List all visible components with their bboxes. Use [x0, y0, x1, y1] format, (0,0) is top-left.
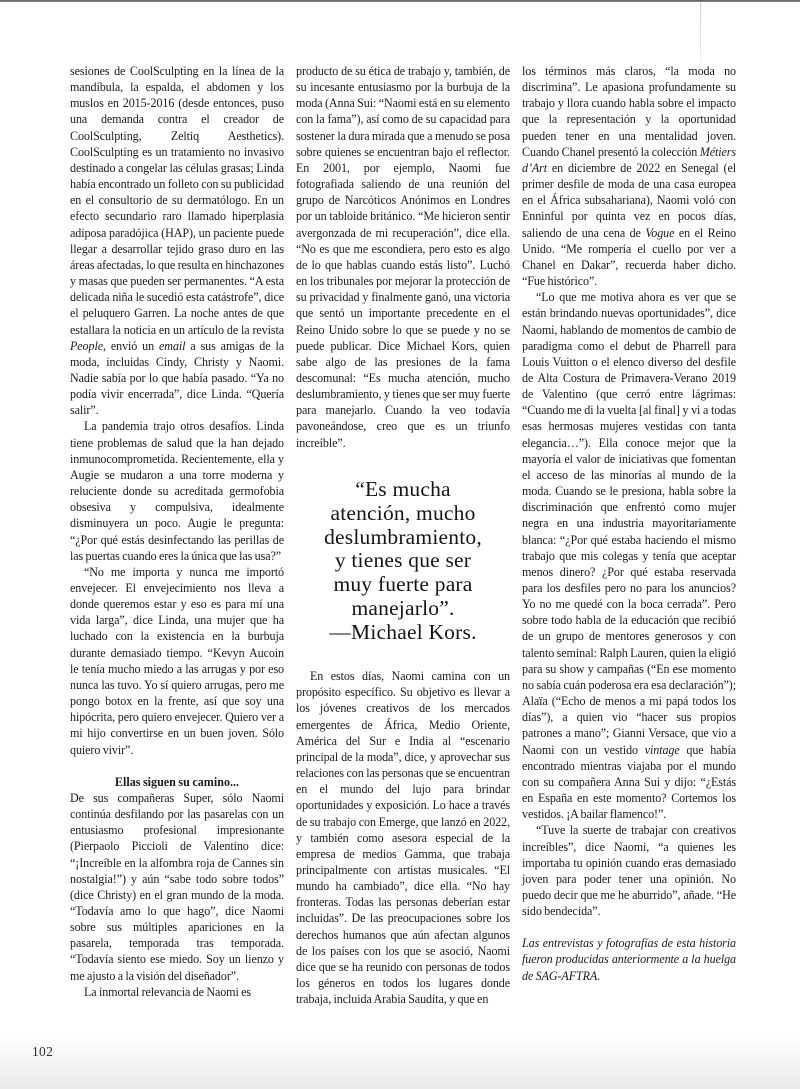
section-heading: Ellas siguen su camino...: [70, 774, 284, 790]
paragraph: De sus compañeras Super, sólo Naomi cont…: [70, 790, 284, 984]
page-number: 102: [32, 1044, 53, 1060]
paragraph: La pandemia trajo otros desafíos. Linda …: [70, 418, 284, 563]
paragraph: “Lo que me motiva ahora es ver que se es…: [522, 289, 736, 822]
paragraph: “Tuve la suerte de trabajar con creativo…: [522, 822, 736, 919]
page-bottom-shadow: [0, 1036, 800, 1089]
text-column-3: los términos más claros, “la moda no dis…: [522, 63, 736, 984]
paragraph: En estos días, Naomi camina con un propó…: [296, 668, 510, 1007]
paragraph: los términos más claros, “la moda no dis…: [522, 63, 736, 289]
paragraph: La inmortal relevancia de Naomi es: [70, 984, 284, 1000]
paragraph: sesiones de CoolSculpting en la línea de…: [70, 63, 284, 418]
magazine-page: sesiones de CoolSculpting en la línea de…: [0, 0, 800, 1089]
page-top-edge: [0, 0, 800, 2]
paragraph: producto de su ética de trabajo y, tambi…: [296, 63, 510, 451]
text-column-1: sesiones de CoolSculpting en la línea de…: [70, 63, 284, 1000]
pull-quote: “Es mucha atención, mucho deslumbramient…: [296, 478, 510, 645]
credits-note: Las entrevistas y fotografías de esta hi…: [522, 935, 736, 983]
paragraph: “No me importa y nunca me importó enveje…: [70, 564, 284, 758]
text-column-2: producto de su ética de trabajo y, tambi…: [296, 63, 510, 1007]
